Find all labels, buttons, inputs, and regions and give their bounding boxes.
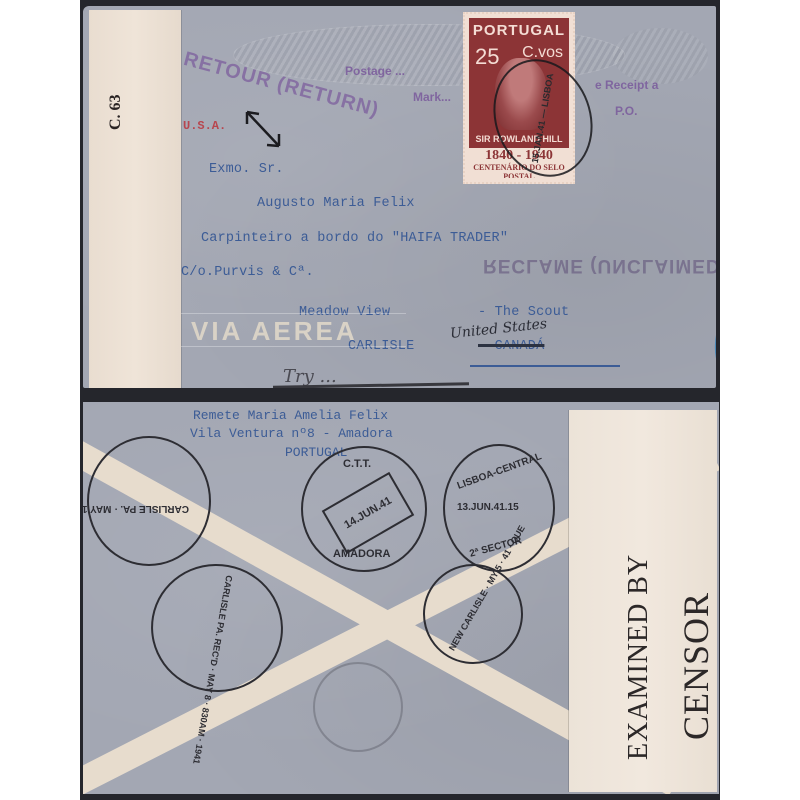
censor-tape-line2: CENSOR: [675, 592, 717, 740]
censor-tape-front: C. 63 CENSOR: [89, 10, 181, 388]
instruction-handstamp-1: Postage ...: [345, 64, 405, 78]
blue-crayon-mark: [709, 310, 716, 373]
postmark-text: CARLISLE PA. · MAY 13 · 830AM · 1941: [83, 503, 189, 514]
airmail-feather-watermark-right: [613, 28, 708, 84]
unclaimed-handstamp: RECLAME (UNCLAIMED): [483, 254, 716, 276]
postmark-text: C.T.T.: [343, 458, 371, 470]
destination-usa-red: U.S.A.: [183, 119, 226, 133]
address-line3: C/o.Purvis & Cª.: [181, 265, 314, 280]
postmark-text: AMADORA: [333, 548, 390, 560]
instruction-handstamp-3: e Receipt a: [595, 78, 658, 92]
envelope-front: C. 63 CENSOR RETOUR (RETURN) Postage ...…: [83, 6, 716, 388]
sender-line1: Remete Maria Amelia Felix: [193, 408, 388, 423]
blue-underline: [470, 365, 620, 367]
postmark-text: CARLISLE PA. REC'D · MAY 8 · 830AM · 194…: [191, 574, 234, 764]
sender-line2: Vila Ventura nº8 - Amadora: [190, 426, 393, 441]
censor-tape-back: EXAMINED BY CENSOR: [569, 410, 717, 792]
postmark-faint: [313, 662, 403, 752]
postmark-text: LISBOA-CENTRAL: [456, 451, 543, 492]
double-arrow-icon: [243, 108, 283, 150]
stamp-country: PORTUGAL: [469, 18, 569, 39]
instruction-handstamp-2: Mark...: [413, 90, 451, 104]
stamp-value: 25: [475, 44, 499, 70]
address-salutation: Exmo. Sr.: [209, 162, 284, 177]
envelope-back: Remete Maria Amelia Felix Vila Ventura n…: [83, 402, 719, 794]
censor-tape-line1: EXAMINED BY: [623, 554, 655, 760]
postmark-date-box: 14.JUN.41: [322, 472, 415, 554]
censor-code: C. 63: [107, 94, 125, 130]
address-name: Augusto Maria Felix: [257, 196, 415, 211]
airmail-label: VIA AEREA: [181, 313, 406, 347]
address-line2: Carpinteiro a bordo do "HAIFA TRADER": [201, 231, 508, 246]
postmark-amadora: 14.JUN.41 AMADORA C.T.T.: [301, 446, 427, 572]
postmark-text: 13.JUN.41.15: [457, 502, 519, 513]
front-postmark-text: 15.JAN.41 — LISBOA: [530, 72, 556, 163]
postmark-lisboa: LISBOA-CENTRAL 13.JUN.41.15 2ª SECTOR: [443, 444, 555, 572]
instruction-handstamp-4: P.O.: [615, 104, 637, 118]
postmark-carlisle-pa: CARLISLE PA. · MAY 13 · 830AM · 1941: [87, 436, 211, 566]
address-country-struck: - CANADÁ: [478, 339, 544, 354]
